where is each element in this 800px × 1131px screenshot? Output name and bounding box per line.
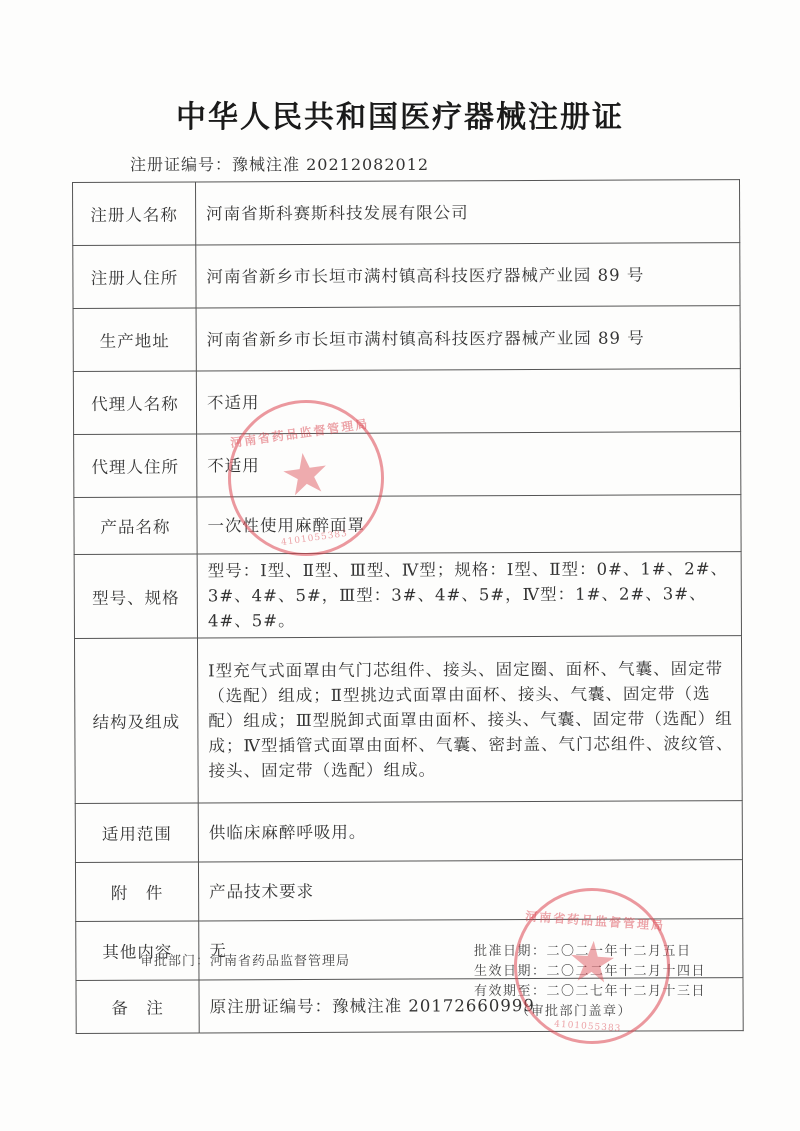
- row-value: 不适用: [196, 369, 740, 434]
- row-value: Ⅰ型充气式面罩由气门芯组件、接头、固定圈、面杯、气囊、固定带（选配）组成；Ⅱ型挑…: [197, 636, 742, 803]
- document-title: 中华人民共和国医疗器械注册证: [0, 92, 800, 136]
- row-label: 代理人名称: [73, 371, 196, 435]
- row-label: 注册人名称: [73, 182, 196, 246]
- row-registrant-name: 注册人名称 河南省斯科赛斯科技发展有限公司: [73, 180, 740, 246]
- seal-note: （审批部门盖章）: [474, 1002, 706, 1022]
- row-agent-address: 代理人住所 不适用: [74, 432, 741, 498]
- row-registrant-address: 注册人住所 河南省新乡市长垣市满村镇高科技医疗器械产业园 89 号: [73, 243, 740, 309]
- row-label: 注册人住所: [73, 245, 196, 309]
- registration-table: 注册人名称 河南省斯科赛斯科技发展有限公司 注册人住所 河南省新乡市长垣市满村镇…: [72, 179, 744, 1034]
- row-structure: 结构及组成 Ⅰ型充气式面罩由气门芯组件、接头、固定圈、面杯、气囊、固定带（选配）…: [74, 636, 742, 804]
- row-product-name: 产品名称 一次性使用麻醉面罩: [74, 495, 741, 555]
- row-value: 河南省新乡市长垣市满村镇高科技医疗器械产业园 89 号: [196, 306, 740, 371]
- certificate-number-value: 豫械注准 20212082012: [232, 155, 429, 174]
- certificate-number-label: 注册证编号：: [130, 155, 232, 174]
- approval-department: 审批部门：河南省药品监督管理局: [140, 950, 350, 969]
- row-value: 一次性使用麻醉面罩: [197, 495, 741, 554]
- row-label: 附 件: [75, 862, 198, 922]
- row-value: 河南省新乡市长垣市满村镇高科技医疗器械产业园 89 号: [196, 243, 740, 308]
- row-model-spec: 型号、规格 型号：Ⅰ型、Ⅱ型、Ⅲ型、Ⅳ型；规格：Ⅰ型、Ⅱ型：0#、1#、2#、3…: [74, 552, 741, 639]
- certificate-number: 注册证编号：豫械注准 20212082012: [130, 152, 429, 175]
- approval-date: 批准日期：二〇二一年十二月五日: [474, 942, 706, 962]
- row-scope: 适用范围 供临床麻醉呼吸用。: [75, 801, 742, 863]
- dates-block: 批准日期：二〇二一年十二月五日 生效日期：二〇二二年十二月十四日 有效期至：二〇…: [474, 942, 706, 1022]
- expiry-date: 有效期至：二〇二七年十二月十三日: [474, 982, 706, 1002]
- effective-date: 生效日期：二〇二二年十二月十四日: [474, 962, 706, 982]
- row-label: 生产地址: [73, 308, 196, 372]
- row-value: 不适用: [197, 432, 741, 497]
- row-value: 型号：Ⅰ型、Ⅱ型、Ⅲ型、Ⅳ型；规格：Ⅰ型、Ⅱ型：0#、1#、2#、3#、4#、5…: [197, 552, 741, 638]
- row-label: 适用范围: [75, 803, 198, 863]
- row-label: 备 注: [76, 980, 199, 1034]
- row-label: 代理人住所: [74, 434, 197, 498]
- row-production-address: 生产地址 河南省新乡市长垣市满村镇高科技医疗器械产业园 89 号: [73, 306, 740, 372]
- row-agent-name: 代理人名称 不适用: [73, 369, 740, 435]
- row-label: 结构及组成: [74, 638, 198, 804]
- row-label: 型号、规格: [74, 554, 197, 639]
- row-label: 产品名称: [74, 497, 197, 555]
- row-value: 河南省斯科赛斯科技发展有限公司: [196, 180, 740, 245]
- row-attachment: 附 件 产品技术要求: [75, 860, 742, 922]
- row-value: 供临床麻醉呼吸用。: [198, 801, 742, 862]
- row-value: 产品技术要求: [198, 860, 742, 921]
